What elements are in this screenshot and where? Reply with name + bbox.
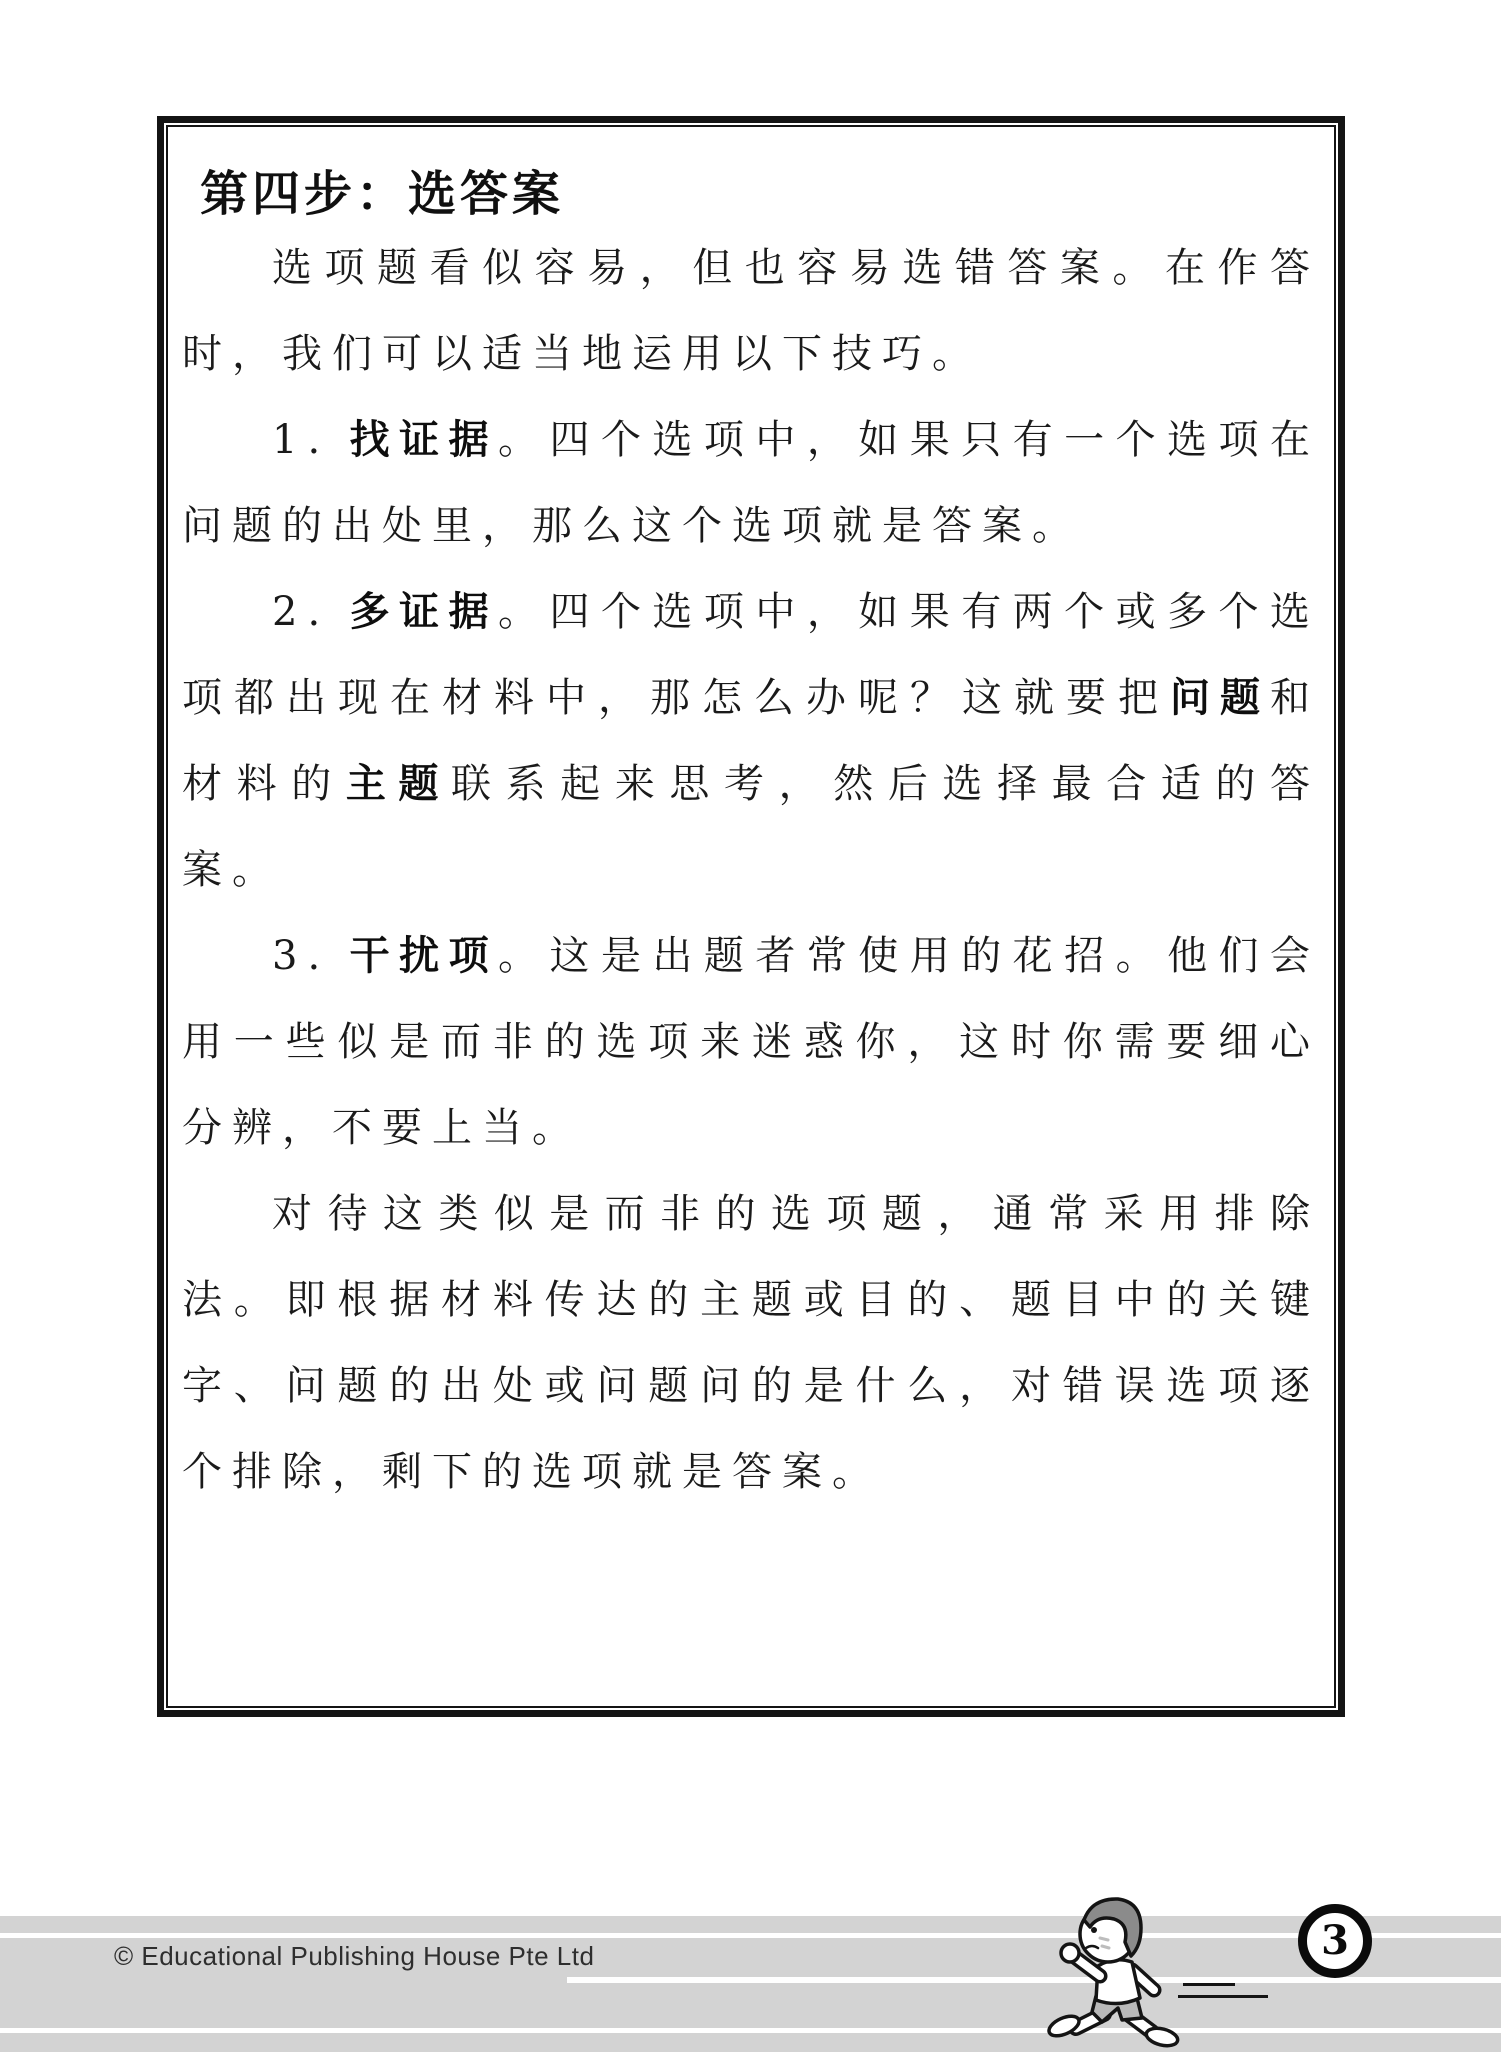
page-number-badge: 3 <box>1298 1904 1372 1978</box>
copyright-text: © Educational Publishing House Pte Ltd <box>114 1941 594 1972</box>
tip-1-term: 找证据 <box>348 417 498 463</box>
tip-2-bold-theme: 主题 <box>346 761 451 807</box>
tip-3-number: 3. <box>272 933 330 979</box>
running-boy-icon <box>1038 1892 1206 2050</box>
section-title: 第四步：选答案 <box>200 163 1320 225</box>
intro-paragraph: 选项题看似容易，但也容易选错答案。在作答时，我们可以适当地运用以下技巧。 <box>182 225 1320 397</box>
tip-3-term: 干扰项 <box>348 933 498 979</box>
closing-text: 对待这类似是而非的选项题，通常采用排除法。即根据材料传达的主题或目的、题目中的关… <box>182 1191 1320 1495</box>
tip-1-number: 1. <box>272 417 330 463</box>
tip-paragraph-3: 3.干扰项。这是出题者常使用的花招。他们会用一些似是而非的选项来迷惑你，这时你需… <box>182 913 1320 1171</box>
tip-paragraph-1: 1.找证据。四个选项中，如果只有一个选项在问题的出处里，那么这个选项就是答案。 <box>182 397 1320 569</box>
page-number: 3 <box>1321 1921 1349 1961</box>
content-frame-inner: 第四步：选答案 选项题看似容易，但也容易选错答案。在作答时，我们可以适当地运用以… <box>166 125 1336 1708</box>
scanned-book-page: 第四步：选答案 选项题看似容易，但也容易选错答案。在作答时，我们可以适当地运用以… <box>0 0 1501 2052</box>
footer-stripe-bottom <box>0 2033 1501 2052</box>
intro-text: 选项题看似容易，但也容易选错答案。在作答时，我们可以适当地运用以下技巧。 <box>182 245 1320 377</box>
footer-stripe-divider <box>567 1977 1501 1983</box>
footer-stripe-top <box>0 1916 1501 1933</box>
tip-paragraph-2: 2.多证据。四个选项中，如果有两个或多个选项都出现在材料中，那怎么办呢？这就要把… <box>182 569 1320 913</box>
closing-paragraph: 对待这类似是而非的选项题，通常采用排除法。即根据材料传达的主题或目的、题目中的关… <box>182 1171 1320 1515</box>
tip-2-bold-question: 问题 <box>1170 675 1270 721</box>
tip-2-term: 多证据 <box>348 589 498 635</box>
tip-2-number: 2. <box>272 589 330 635</box>
content-frame: 第四步：选答案 选项题看似容易，但也容易选错答案。在作答时，我们可以适当地运用以… <box>157 116 1345 1717</box>
